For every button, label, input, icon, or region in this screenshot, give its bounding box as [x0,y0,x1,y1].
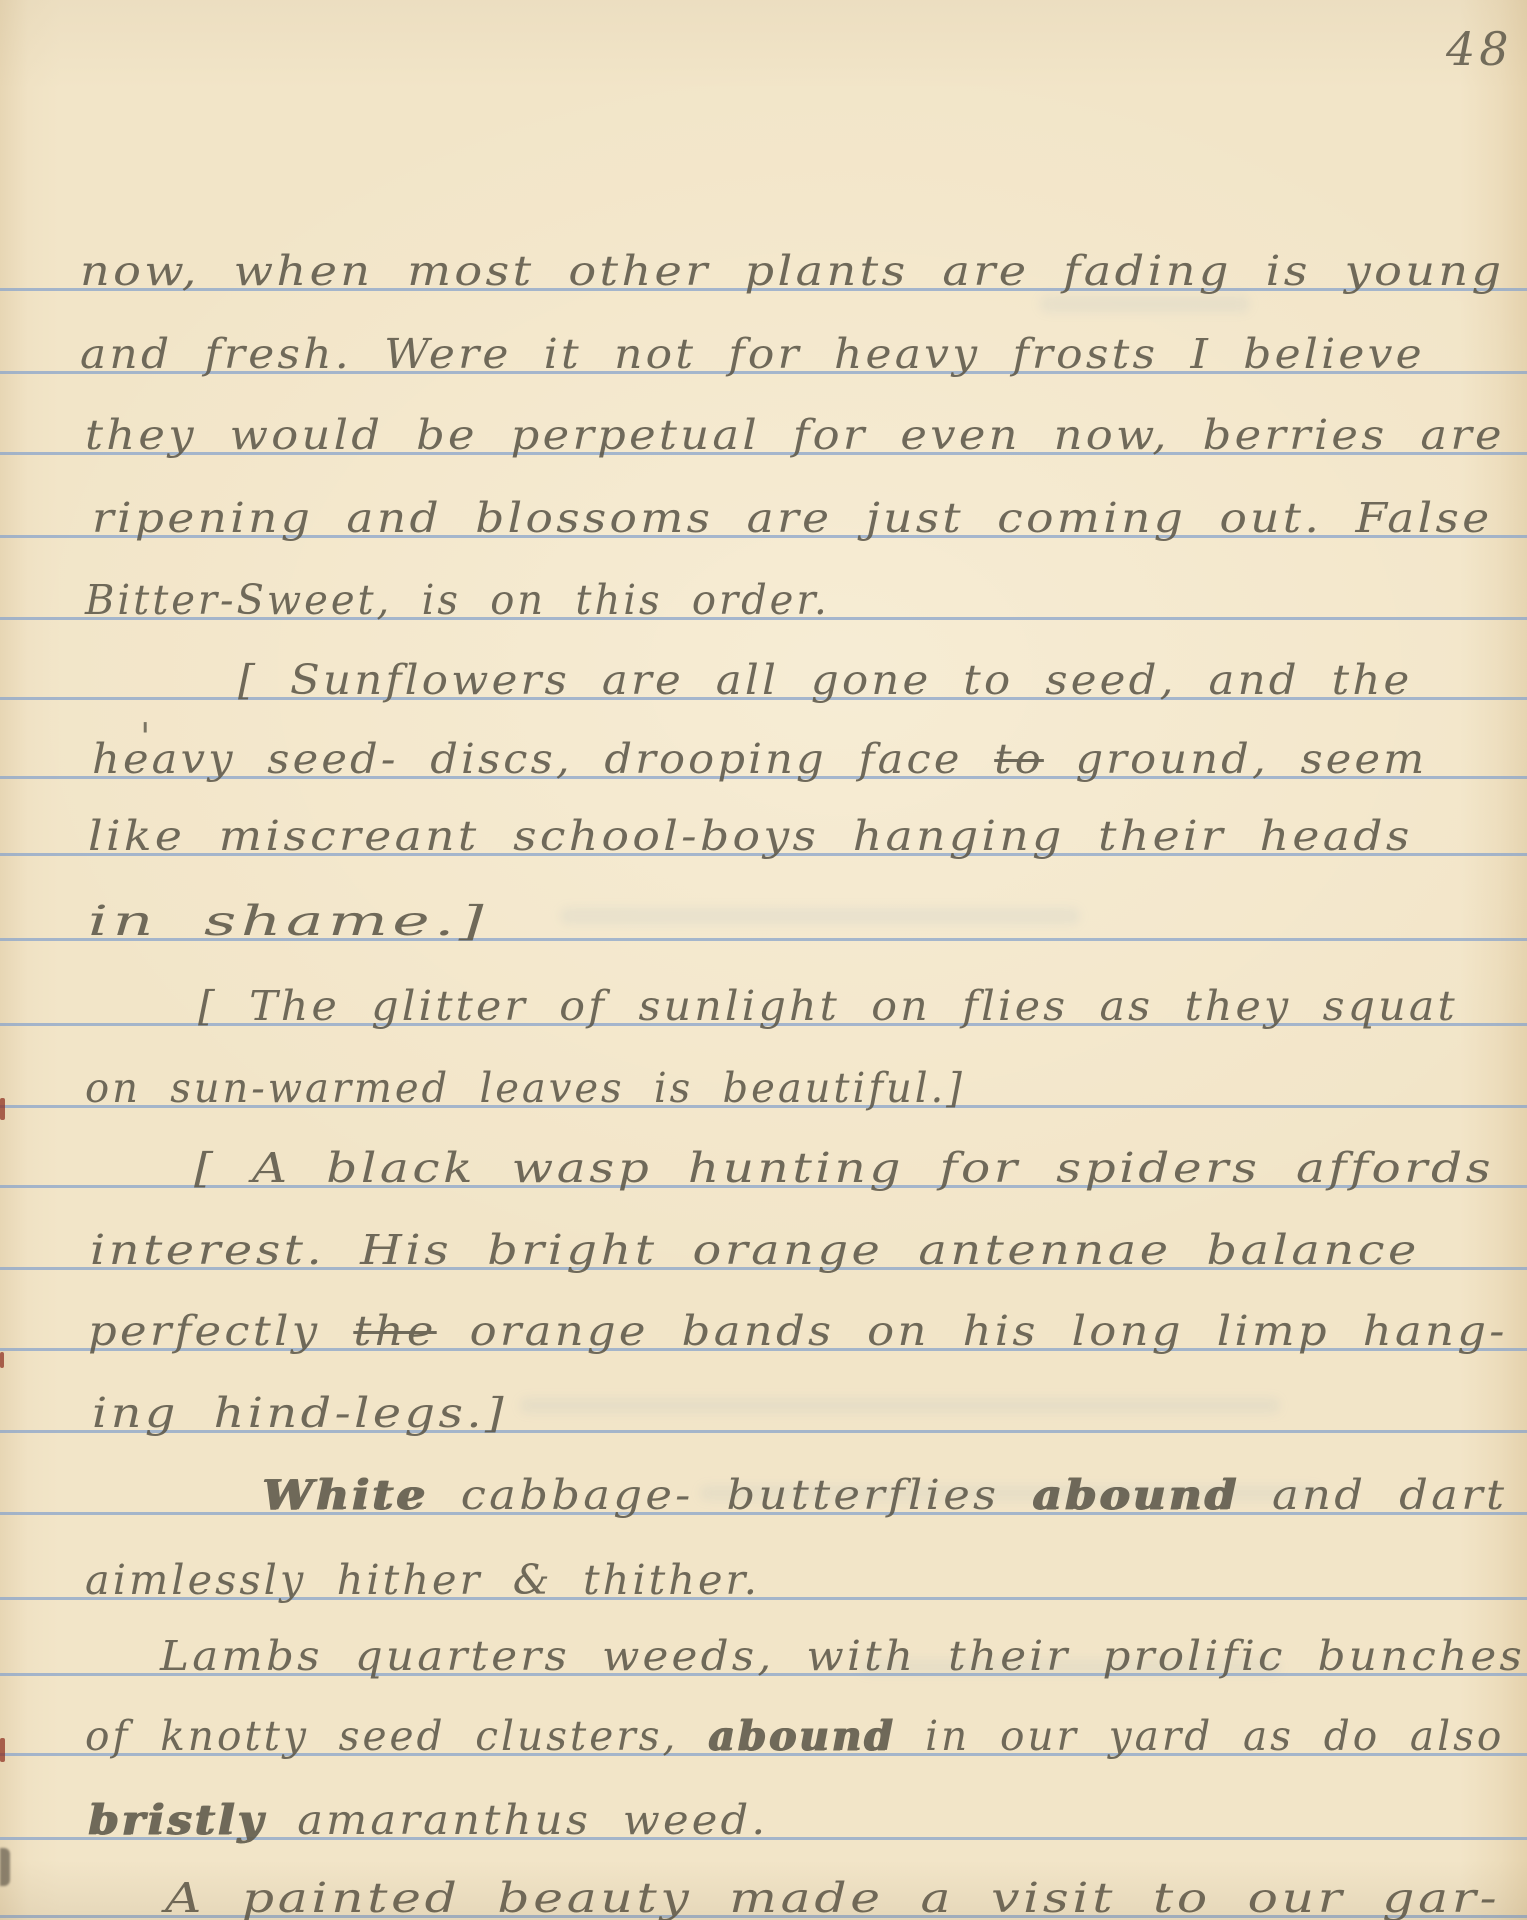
scan-edge-mark [0,1352,4,1368]
handwritten-line: of knotty seed clusters, abound in our y… [85,1707,1504,1765]
handwritten-text: interest. His bright orange antennae bal… [90,1226,1420,1274]
handwritten-text: Bitter-Sweet, is on this order. [85,576,830,624]
notebook-page: ' now, when most other plants are fading… [0,0,1527,1920]
handwritten-text: perfectly [88,1307,353,1355]
handwritten-text: [ The glitter of sunlight on flies as th… [198,982,1458,1030]
handwritten-line: White cabbage- butterflies abound and da… [262,1466,1507,1524]
overwritten-word: White [262,1471,428,1519]
corner-smudge [0,1848,10,1886]
page-number: 48 [1446,22,1513,76]
ink-bleed-smudge [560,908,1080,924]
ink-bleed-smudge [520,1398,1280,1413]
handwritten-text: orange bands on his long limp hang- [437,1307,1508,1355]
handwritten-line: bristly amaranthus weed. [88,1791,768,1849]
handwritten-line: [ Sunflowers are all gone to seed, and t… [238,651,1412,709]
handwritten-text: aimlessly hither & thither. [85,1556,760,1604]
handwritten-text: they would be perpetual for even now, be… [85,411,1505,459]
overwritten-word: abound [1032,1471,1239,1519]
handwritten-text: [ Sunflowers are all gone to seed, and t… [238,656,1412,704]
handwritten-line: [ A black wasp hunting for spiders affor… [194,1139,1494,1197]
overwritten-word: bristly [88,1796,266,1844]
handwritten-line: now, when most other plants are fading i… [80,242,1504,300]
handwritten-line: and fresh. Were it not for heavy frosts … [80,325,1425,383]
scan-edge-mark [0,1098,5,1120]
scan-edge-mark [0,1738,5,1762]
handwritten-line: perfectly the orange bands on his long l… [88,1302,1508,1360]
handwritten-text: and fresh. Were it not for heavy frosts … [80,330,1425,378]
handwritten-line: A painted beauty made a visit to our gar… [165,1869,1500,1920]
handwritten-text: cabbage- butterflies [428,1471,1032,1519]
handwritten-text: like miscreant school-boys hanging their… [88,812,1413,860]
handwritten-line: heavy seed- discs, drooping face to grou… [92,730,1427,788]
handwritten-text: in shame.] [88,897,488,945]
handwritten-text: ing hind-legs.] [92,1389,507,1437]
handwritten-text: of knotty seed clusters, [85,1712,708,1760]
handwritten-text: heavy seed- discs, drooping face [92,735,994,783]
handwritten-text: in our yard as do also [895,1712,1504,1760]
handwritten-text: on sun-warmed leaves is beautiful.] [85,1064,965,1112]
handwritten-line: Lambs quarters weeds, with their prolifi… [160,1627,1525,1685]
struck-word: the [353,1307,436,1355]
handwritten-line: Bitter-Sweet, is on this order. [85,571,830,629]
handwritten-line: [ The glitter of sunlight on flies as th… [198,977,1458,1035]
handwritten-line: they would be perpetual for even now, be… [85,406,1505,464]
handwritten-text: amaranthus weed. [266,1796,769,1844]
struck-word: to [994,735,1044,783]
handwritten-line: interest. His bright orange antennae bal… [90,1221,1420,1279]
handwritten-line: aimlessly hither & thither. [85,1551,760,1609]
handwritten-line: on sun-warmed leaves is beautiful.] [85,1059,965,1117]
handwritten-text: now, when most other plants are fading i… [80,247,1504,295]
handwritten-text: ground, seem [1044,735,1427,783]
handwritten-line: like miscreant school-boys hanging their… [88,807,1413,865]
overwritten-word: abound [708,1712,895,1760]
handwritten-text: and dart [1239,1471,1507,1519]
handwritten-line: ripening and blossoms are just coming ou… [92,489,1492,547]
handwritten-text: Lambs quarters weeds, with their prolifi… [160,1632,1525,1680]
handwritten-text: A painted beauty made a visit to our gar… [165,1874,1500,1920]
handwritten-line: in shame.] [88,892,488,950]
handwritten-line: ing hind-legs.] [92,1384,507,1442]
handwritten-text: ripening and blossoms are just coming ou… [92,494,1492,542]
handwritten-text: [ A black wasp hunting for spiders affor… [194,1144,1494,1192]
